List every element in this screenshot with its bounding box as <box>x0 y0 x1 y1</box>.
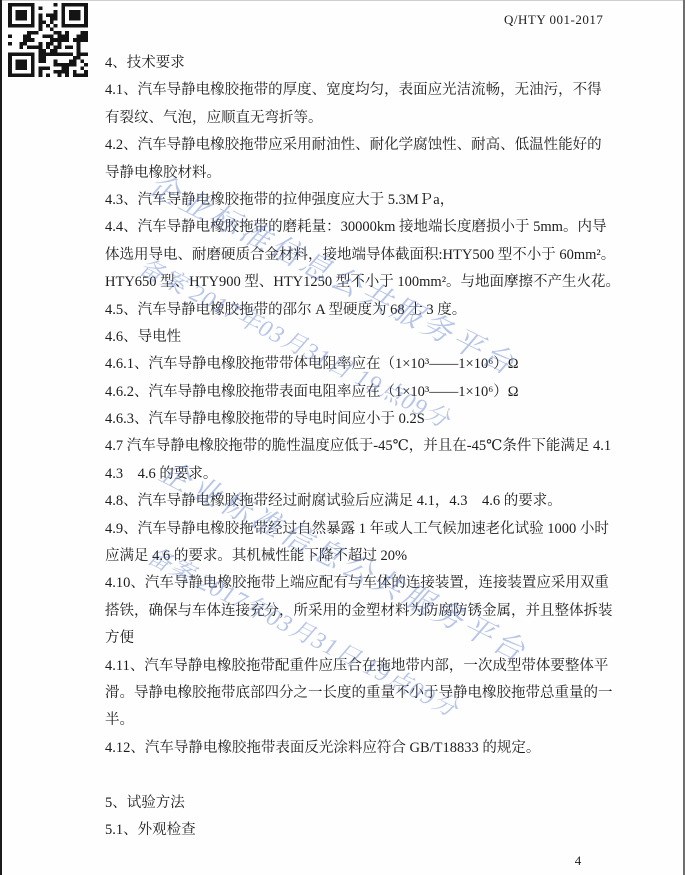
text-line: 5.1、外观检查 <box>105 817 587 844</box>
text-line: 4.6.2、汽车导静电橡胶拖带表面电阻率应在（1×10³——1×10⁶）Ω <box>105 379 587 406</box>
page-number: 4 <box>570 853 586 869</box>
text-line: 4.1、汽车导静电橡胶拖带的厚度、宽度均匀，表面应光洁流畅，无油污，不得 <box>105 77 587 104</box>
text-line: HTY650 型、HTY900 型、HTY1250 型不小于 100mm²。与地… <box>105 269 587 296</box>
text-line: 导静电橡胶材料。 <box>105 160 587 187</box>
text-line: 搭铁，确保与车体连接充分，所采用的金塑材料为防腐防锈金属，并且整体拆装 <box>105 598 587 625</box>
text-line: 方便 <box>105 625 587 652</box>
text-line: 4.2、汽车导静电橡胶拖带应采用耐油性、耐化学腐蚀性、耐高、低温性能好的 <box>105 132 587 159</box>
document-page: Q/HTY 001-2017 4、技术要求4.1、汽车导静电橡胶拖带的厚度、宽度… <box>0 0 685 875</box>
text-line: 4.10、汽车导静电橡胶拖带上端应配有与车体的连接装置，连接装置应采用双重 <box>105 570 587 597</box>
text-line <box>105 762 587 789</box>
text-line: 4.4、汽车导静电橡胶拖带的磨耗量：30000km 接地端长度磨损小于 5mm。… <box>105 214 587 241</box>
scan-edge-top <box>0 0 685 1</box>
text-line: 半。 <box>105 707 587 734</box>
qr-code-icon <box>8 3 88 77</box>
header-standard-code: Q/HTY 001-2017 <box>504 12 584 28</box>
scan-edge-left <box>0 0 2 875</box>
text-line: 滑。导静电橡胶拖带底部四分之一长度的重量不小于导静电橡胶拖带总重量的一 <box>105 680 587 707</box>
text-line: 4.6.1、汽车导静电橡胶拖带带体电阻率应在（1×10³——1×10⁶）Ω <box>105 351 587 378</box>
text-line: 4.9、汽车导静电橡胶拖带经过自然暴露 1 年或人工气候加速老化试验 1000 … <box>105 516 587 543</box>
text-line: 有裂纹、气泡，应顺直无弯折等。 <box>105 105 587 132</box>
text-line: 4.5、汽车导静电橡胶拖带的邵尔 A 型硬度为 68 士 3 度。 <box>105 297 587 324</box>
text-line: 4.3、汽车导静电橡胶拖带的拉伸强度应大于 5.3MＰa， <box>105 187 587 214</box>
text-line: 4.7 汽车导静电橡胶拖带的脆性温度应低于-45℃，并且在-45℃条件下能满足 … <box>105 433 587 460</box>
text-line: 4.3 4.6 的要求。 <box>105 461 587 488</box>
text-line: 体选用导电、耐磨硬质合金材料，接地端导体截面积:HTY500 型不小于 60mm… <box>105 242 587 269</box>
text-line: 4.6.3、汽车导静电橡胶拖带的导电时间应小于 0.2S <box>105 406 587 433</box>
text-line: 4.12、汽车导静电橡胶拖带表面反光涂料应符合 GB/T18833 的规定。 <box>105 735 587 762</box>
text-line: 4.8、汽车导静电橡胶拖带经过耐腐试验后应满足 4.1，4.3 4.6 的要求。 <box>105 488 587 515</box>
text-line: 应满足 4.6 的要求。其机械性能下降不超过 20% <box>105 543 587 570</box>
text-line: 4、技术要求 <box>105 50 587 77</box>
text-line: 4.11、汽车导静电橡胶拖带配重件应压合在拖地带内部，一次成型带体要整体平 <box>105 653 587 680</box>
document-body: 4、技术要求4.1、汽车导静电橡胶拖带的厚度、宽度均匀，表面应光洁流畅，无油污，… <box>105 50 587 844</box>
text-line: 4.6、导电性 <box>105 324 587 351</box>
text-line: 5、试验方法 <box>105 790 587 817</box>
